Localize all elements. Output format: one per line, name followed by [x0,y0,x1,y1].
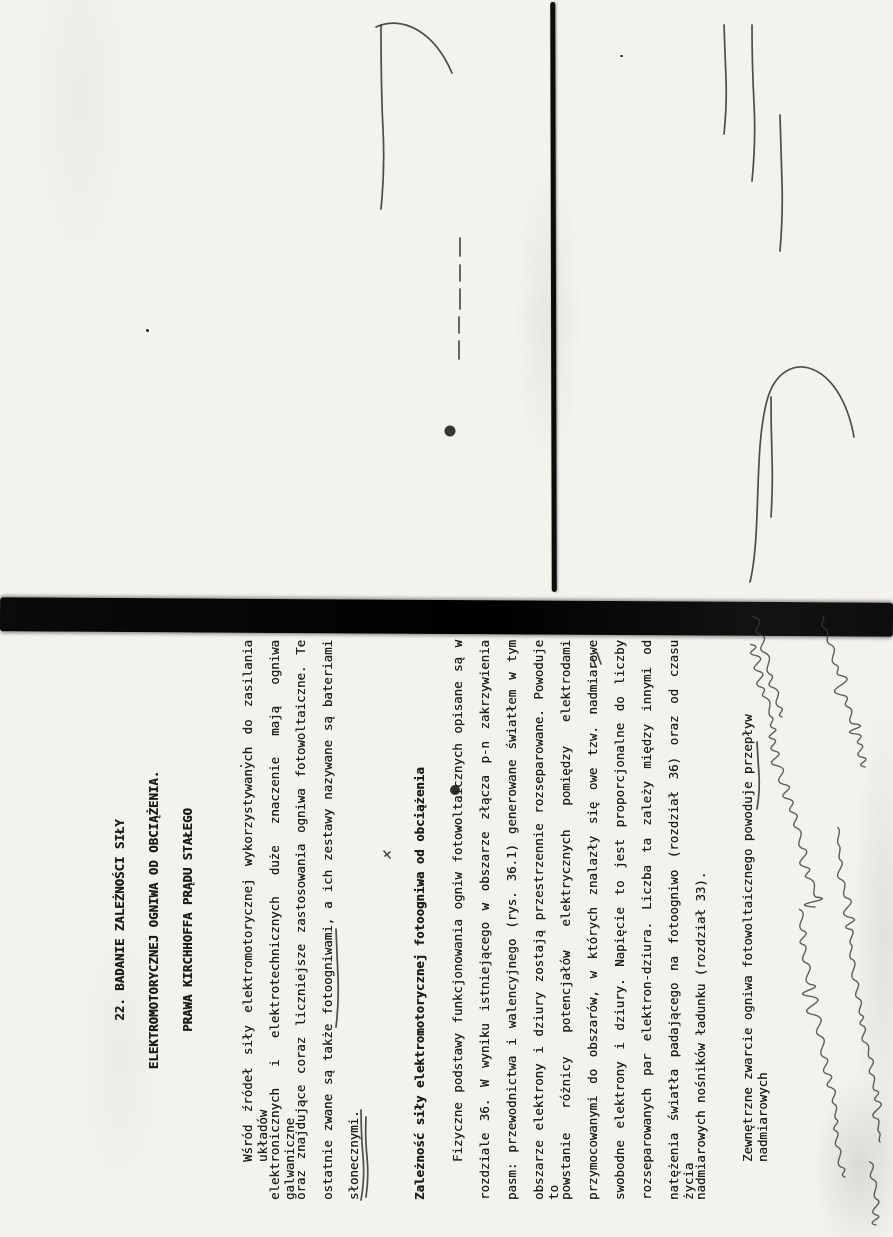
right-page: - 237 - elektronów z obszaru n poprzez z… [0,0,893,597]
chapter-heading-line: 22. BADANIE ZALEŻNOŚCI SIŁY [112,640,146,1200]
text-line: Zewnętrzne zwarcie ogniwa fotowoltaiczne… [740,640,766,1162]
scan-speck [240,765,242,767]
text-line: obszarze elektrony i dziury zostają prze… [531,640,558,1200]
text-line: słonecznymi. [346,640,373,1200]
section-subheading: Zależność siły elektromotorycznej fotoog… [412,640,432,1200]
text-line: elektronicznych i elektrotechnicznych du… [267,640,294,1200]
chapter-heading: 22. BADANIE ZALEŻNOŚCI SIŁYELEKTROMOTORY… [112,640,214,1200]
left-paragraph-3: Zewnętrzne zwarcie ogniwa fotowoltaiczne… [740,640,766,1200]
left-paragraph-1: Wśród źródeł siły elektromotorycznej wyk… [240,640,373,1200]
text-line: pasm: przewodnictwa i walencyjnego (rys.… [504,640,531,1200]
text-line: przymocowanymi do obszarów, w których zn… [585,640,612,1200]
screenshot-root: { "document": { "kind": "photocopied boo… [0,0,893,1237]
book-gutter-shadow [0,597,893,636]
text-line: oraz znajdujące coraz liczniejsze zastos… [293,640,320,1200]
text-line: rozseparowanych par elektron-dziura. Lic… [639,640,666,1200]
text-line: Wśród źródeł siły elektromotorycznej wyk… [240,640,267,1162]
text-line: nadmiarowych nośników ładunku (rozdział … [693,640,720,1200]
text-line: rozdziale 36. W wyniku istniejącego w ob… [477,640,504,1200]
left-paragraph-2: Fizyczne podstawy funkcjonowania ogniw f… [450,640,720,1200]
left-page: 22. BADANIE ZALEŻNOŚCI SIŁYELEKTROMOTORY… [0,635,893,1237]
text-line: powstanie różnicy potencjałów elektryczn… [558,640,585,1200]
text-line: Fizyczne podstawy funkcjonowania ogniw f… [450,640,477,1162]
text-line: natężenia światła padającego na fotoogni… [666,640,693,1200]
scan-speck [620,55,623,57]
text-line: ostatnie zwane są także fotoogniwami, a … [320,640,347,1200]
chapter-heading-line: ELEKTROMOTORYCZNEJ OGNIWA OD OBCIĄŻENIA. [146,640,180,1200]
chapter-heading-line: PRAWA KIRCHHOFFA PRĄDU STAŁEGO [180,640,214,1200]
rotated-book-spread: 22. BADANIE ZALEŻNOŚCI SIŁYELEKTROMOTORY… [0,0,893,1237]
scan-speck [146,329,149,332]
text-line: swobodne elektrony i dziury. Napięcie to… [612,640,639,1200]
